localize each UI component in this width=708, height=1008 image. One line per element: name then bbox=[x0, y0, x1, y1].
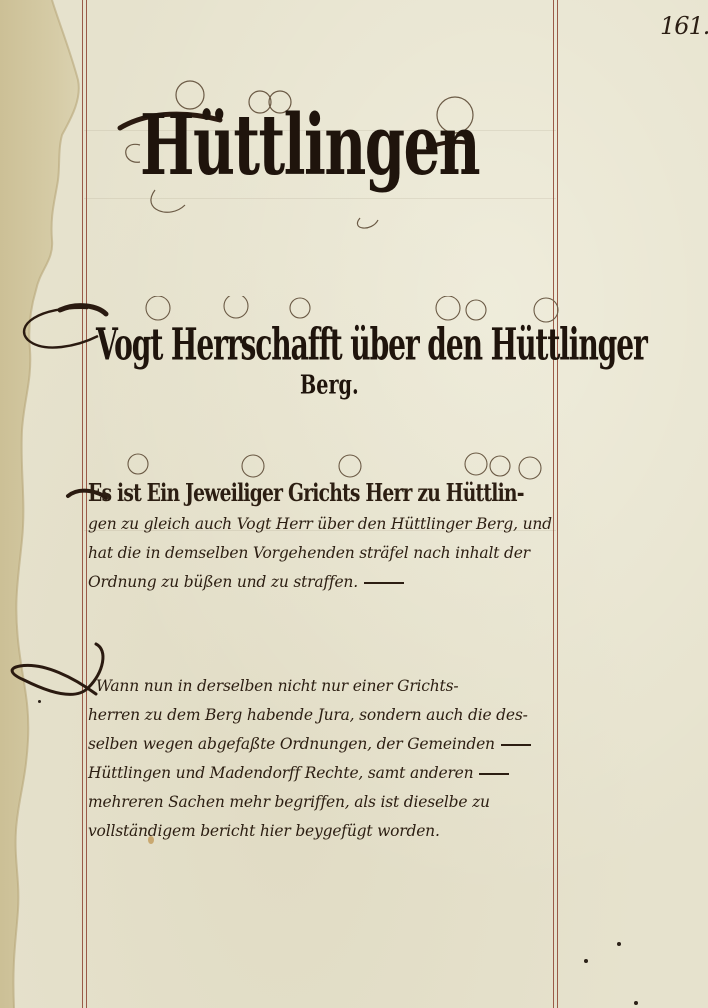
paragraph-line: Es ist Ein Jeweiliger Grichts Herr zu Hü… bbox=[88, 476, 448, 510]
manuscript-page: 161. Hüttlingen bbox=[0, 0, 708, 1008]
paragraph-2: DWann nun in derselben nicht nur einer G… bbox=[88, 672, 550, 846]
paragraph-line: DWann nun in derselben nicht nur einer G… bbox=[88, 672, 550, 701]
line-filler-dash bbox=[479, 773, 509, 775]
paragraph-line: mehreren Sachen mehr begriffen, als ist … bbox=[88, 788, 550, 817]
line-filler-dash bbox=[364, 582, 404, 584]
paragraph-line: Ordnung zu büßen und zu straffen. bbox=[88, 568, 550, 597]
paragraph-line: selben wegen abgefaßte Ordnungen, der Ge… bbox=[88, 730, 550, 759]
paragraph-1: Es ist Ein Jeweiliger Grichts Herr zu Hü… bbox=[88, 476, 550, 597]
initial-letter: E bbox=[88, 478, 101, 507]
ink-speck bbox=[38, 700, 41, 703]
paragraph-line: gen zu gleich auch Vogt Herr über den Hü… bbox=[88, 510, 550, 539]
paragraph-line: herren zu dem Berg habende Jura, sondern… bbox=[88, 701, 550, 730]
paragraph-line: hat die in demselben Vorgehenden sträfel… bbox=[88, 539, 550, 568]
line-filler-dash bbox=[501, 744, 531, 746]
paragraph-line: Hüttlingen und Madendorff Rechte, samt a… bbox=[88, 759, 550, 788]
page-number: 161. bbox=[660, 12, 708, 40]
paragraph-line: vollständigem bericht hier beygefügt wor… bbox=[88, 817, 550, 846]
ink-speck bbox=[617, 942, 621, 946]
page-title: Hüttlingen bbox=[140, 98, 479, 194]
paper-stain-spot bbox=[148, 836, 154, 844]
ink-speck bbox=[584, 959, 588, 963]
ink-speck bbox=[634, 1001, 638, 1005]
title-block: Hüttlingen bbox=[110, 70, 490, 230]
section-heading: Vogt Herrschafft über den Hüttlinger bbox=[96, 318, 647, 370]
section-heading-continued: Berg. bbox=[300, 368, 359, 400]
